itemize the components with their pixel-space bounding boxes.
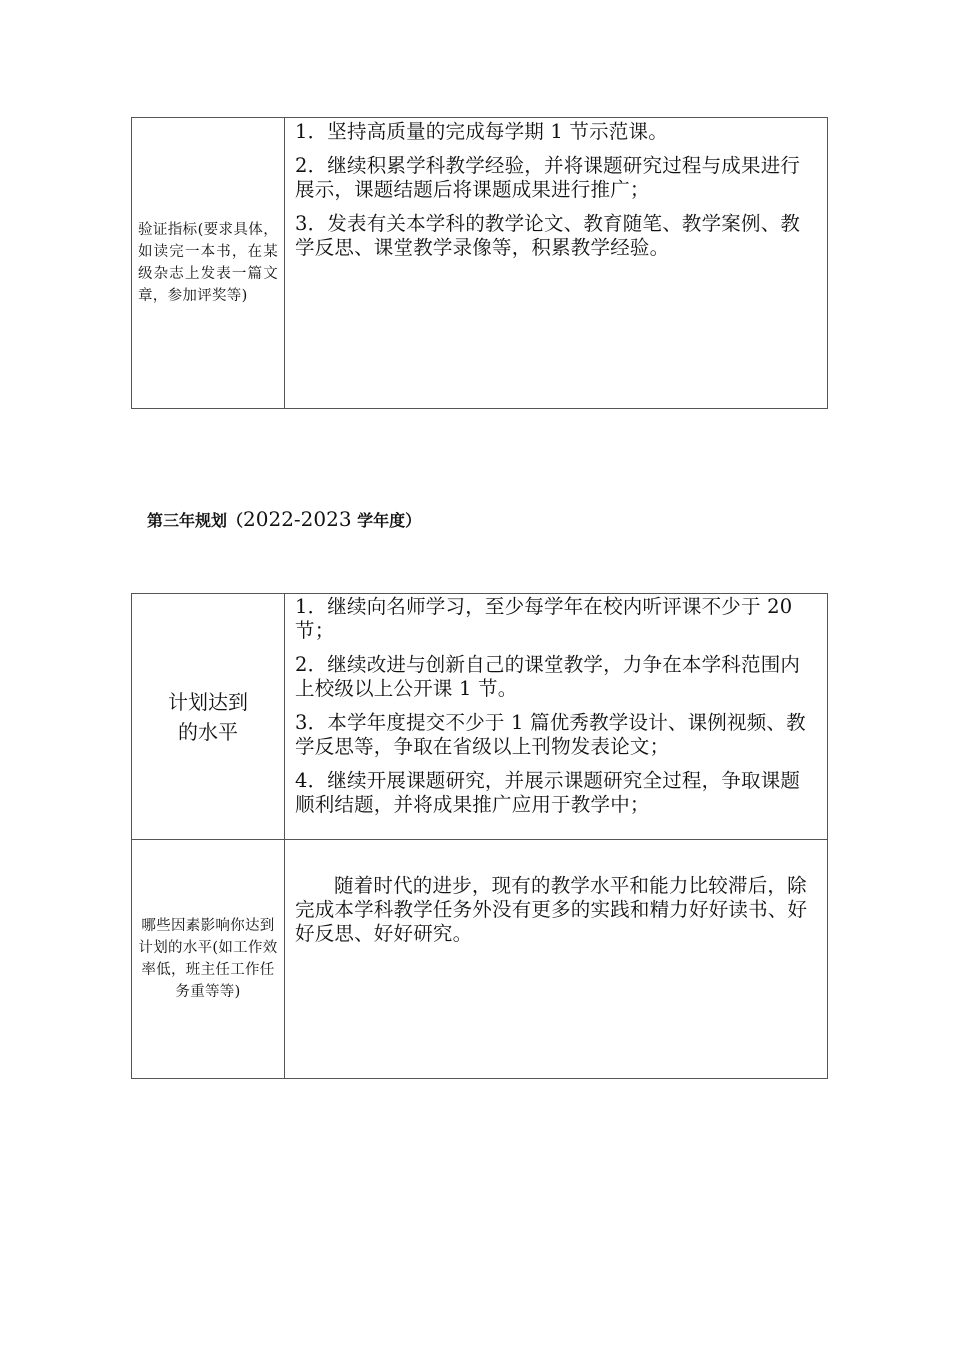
section-heading-years: 2022-2023 <box>243 507 352 531</box>
list-item: 2．继续积累学科教学经验，并将课题研究过程与成果进行展示，课题结题后将课题成果进… <box>295 154 817 202</box>
table-row: 验证指标(要求具体，如读完一本书，在某级杂志上发表一篇文章，参加评奖等) 1．坚… <box>132 118 827 408</box>
table-row: 计划达到的水平 1．继续向名师学习，至少每学年在校内听评课不少于 20 节； 2… <box>132 594 827 839</box>
table-row: 哪些因素影响你达到计划的水平(如工作效率低，班主任工作任务重等等) 随着时代的进… <box>132 839 827 1078</box>
influencing-factors-text: 随着时代的进步，现有的教学水平和能力比较滞后，除完成本学科教学任务外没有更多的实… <box>295 874 817 946</box>
section-heading-suffix: 学年度） <box>352 511 422 530</box>
section-heading-prefix: 第三年规划（ <box>147 511 243 530</box>
list-item: 1．坚持高质量的完成每学期 1 节示范课。 <box>295 120 817 144</box>
content-cell: 1．继续向名师学习，至少每学年在校内听评课不少于 20 节； 2．继续改进与创新… <box>285 594 827 839</box>
label-cell: 验证指标(要求具体，如读完一本书，在某级杂志上发表一篇文章，参加评奖等) <box>132 118 285 408</box>
content-cell: 1．坚持高质量的完成每学期 1 节示范课。 2．继续积累学科教学经验，并将课题研… <box>285 118 827 408</box>
list-item: 3．本学年度提交不少于 1 篇优秀教学设计、课例视频、教学反思等，争取在省级以上… <box>295 711 817 759</box>
influencing-factors-label: 哪些因素影响你达到计划的水平(如工作效率低，班主任工作任务重等等) <box>136 915 280 1003</box>
label-cell: 哪些因素影响你达到计划的水平(如工作效率低，班主任工作任务重等等) <box>132 840 285 1078</box>
verification-indicators-table: 验证指标(要求具体，如读完一本书，在某级杂志上发表一篇文章，参加评奖等) 1．坚… <box>131 117 828 409</box>
third-year-plan-table: 计划达到的水平 1．继续向名师学习，至少每学年在校内听评课不少于 20 节； 2… <box>131 593 828 1079</box>
label-cell: 计划达到的水平 <box>132 594 285 839</box>
list-item: 4．继续开展课题研究，并展示课题研究全过程，争取课题顺利结题，并将成果推广应用于… <box>295 769 817 817</box>
section-heading: 第三年规划（2022-2023 学年度） <box>147 506 421 534</box>
list-item: 2．继续改进与创新自己的课堂教学，力争在本学科范围内上校级以上公开课 1 节。 <box>295 653 817 701</box>
list-item: 1．继续向名师学习，至少每学年在校内听评课不少于 20 节； <box>295 595 817 643</box>
list-item: 3．发表有关本学科的教学论文、教育随笔、教学案例、教学反思、课堂教学录像等，积累… <box>295 212 817 260</box>
planned-level-label: 计划达到的水平 <box>160 687 256 747</box>
verification-indicators-label: 验证指标(要求具体，如读完一本书，在某级杂志上发表一篇文章，参加评奖等) <box>138 219 278 307</box>
content-cell: 随着时代的进步，现有的教学水平和能力比较滞后，除完成本学科教学任务外没有更多的实… <box>285 840 827 1078</box>
